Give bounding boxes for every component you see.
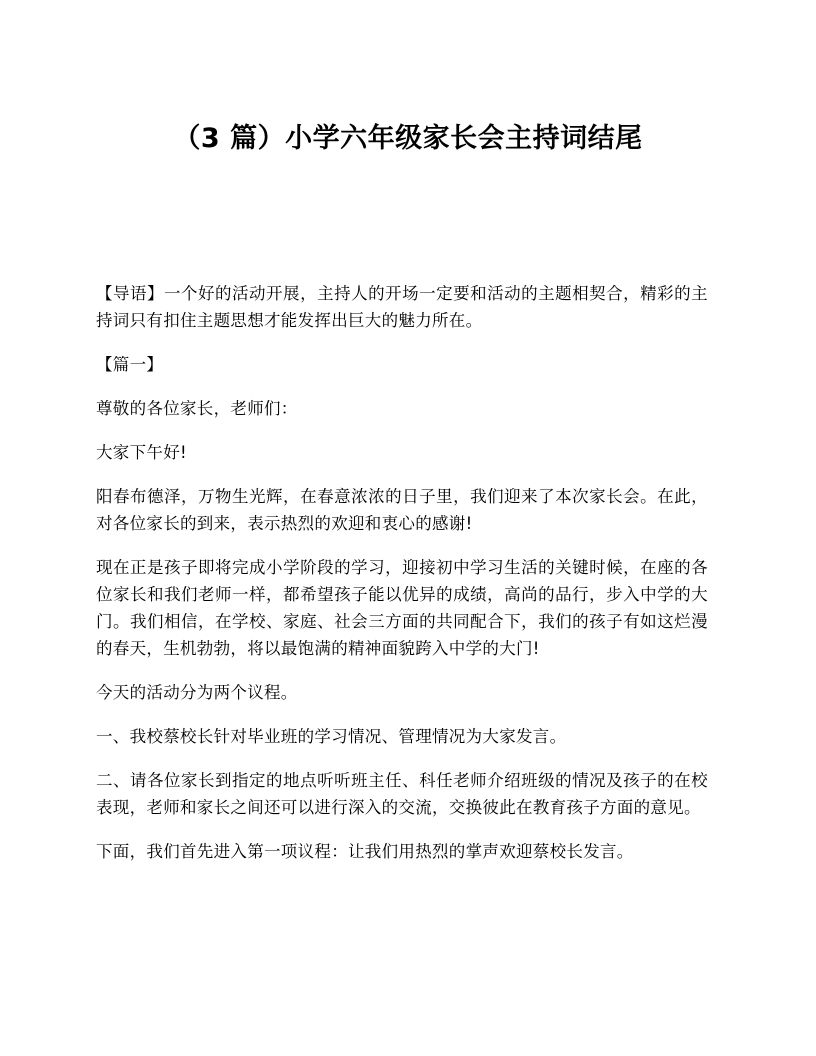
section-heading: 【篇一】 xyxy=(96,351,708,378)
welcome-paragraph: 阳春布德泽，万物生光辉，在春意浓浓的日子里，我们迎来了本次家长会。在此，对各位家… xyxy=(96,483,708,537)
intro-paragraph: 【导语】一个好的活动开展，主持人的开场一定要和活动的主题相契合，精彩的主持词只有… xyxy=(96,280,708,334)
document-title: （3 篇）小学六年级家长会主持词结尾 xyxy=(0,119,816,159)
document-body: 【导语】一个好的活动开展，主持人的开场一定要和活动的主题相契合，精彩的主持词只有… xyxy=(96,280,708,882)
context-paragraph: 现在正是孩子即将完成小学阶段的学习，迎接初中学习生活的关键时候，在座的各位家长和… xyxy=(96,554,708,662)
agenda-item-2: 二、请各位家长到指定的地点听听班主任、科任老师介绍班级的情况及孩子的在校表现，老… xyxy=(96,767,708,821)
greeting: 大家下午好! xyxy=(96,439,708,466)
document-page: （3 篇）小学六年级家长会主持词结尾 【导语】一个好的活动开展，主持人的开场一定… xyxy=(0,0,816,1056)
salutation: 尊敬的各位家长，老师们： xyxy=(96,395,708,422)
transition-paragraph: 下面，我们首先进入第一项议程：让我们用热烈的掌声欢迎蔡校长发言。 xyxy=(96,838,708,865)
agenda-intro: 今天的活动分为两个议程。 xyxy=(96,679,708,706)
agenda-item-1: 一、我校蔡校长针对毕业班的学习情况、管理情况为大家发言。 xyxy=(96,723,708,750)
